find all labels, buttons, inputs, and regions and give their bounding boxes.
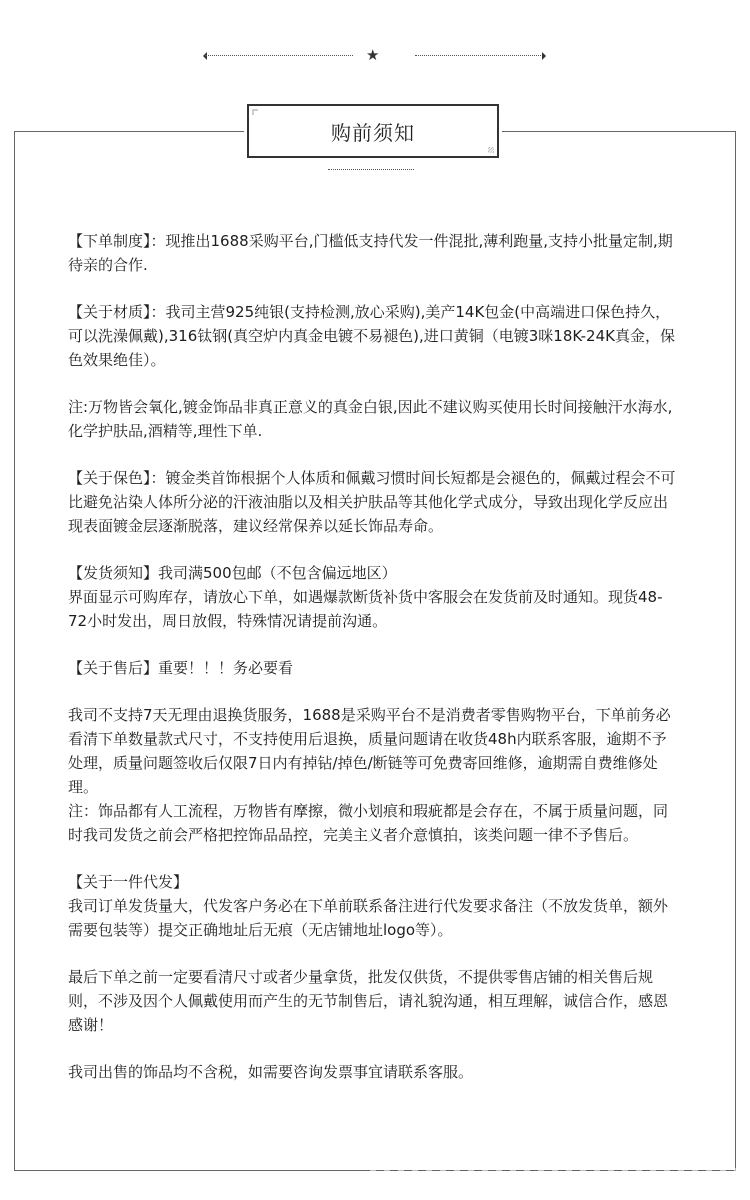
notice-content: 【下单制度】：现推出1688采购平台,门槛低支持代发一件混批,薄利跑量,支持小批… — [68, 229, 680, 1107]
title-underline — [328, 169, 414, 170]
section-text: 重要！！！务必要看 — [158, 659, 293, 677]
section-color-retention: 【关于保色】：镀金类首饰根据个人体质和佩戴习惯时间长短都是会褪色的，佩戴过程会不… — [68, 466, 680, 538]
ornament-line-right — [415, 55, 545, 56]
section-text: 我司出售的饰品均不含税，如需要咨询发票事宜请联系客服。 — [68, 1063, 473, 1081]
frame-bottom-fade — [370, 1168, 740, 1172]
section-closing: 最后下单之前一定要看清尺寸或者少量拿货，批发仅供货，不提供零售店铺的相关售后规则… — [68, 965, 680, 1037]
section-text: ：镀金类首饰根据个人体质和佩戴习惯时间长短都是会褪色的，佩戴过程会不可比避免沾染… — [68, 469, 676, 535]
section-material: 【关于材质】：我司主营925纯银(支持检测,放心采购),美产14K包金(中高端进… — [68, 300, 680, 372]
star-icon: ★ — [366, 45, 379, 65]
section-body: 我司订单发货量大，代发客户务必在下单前联系备注进行代发要求备注（不放发货单，额外… — [68, 897, 668, 939]
section-oxidation-note: 注:万物皆会氧化,镀金饰品非真正意义的真金白银,因此不建议购买使用长时间接触汗水… — [68, 395, 680, 443]
top-ornament: ★ — [203, 48, 546, 64]
section-text: ：我司主营925纯银(支持检测,放心采购),美产14K包金(中高端进口保色持久，… — [68, 303, 675, 369]
section-shipping: 【发货须知】我司满500包邮（不包含偏远地区）界面显示可购库存，请放心下单，如遇… — [68, 561, 680, 633]
section-heading: 【关于保色】 — [68, 469, 151, 487]
arrow-left-icon — [203, 52, 207, 60]
section-body: 界面显示可购库存，请放心下单，如遇爆款断货补货中客服会在发货前及时通知。现货48… — [68, 588, 663, 630]
section-heading: 【关于材质】 — [68, 303, 151, 321]
section-text: ：现推出1688采购平台,门槛低支持代发一件混批,薄利跑量,支持小批量定制,期待… — [68, 232, 673, 274]
section-heading: 【关于一件代发】 — [68, 873, 188, 891]
section-text: 注:万物皆会氧化,镀金饰品非真正意义的真金白银,因此不建议购买使用长时间接触汗水… — [68, 398, 672, 440]
corner-decoration-icon — [252, 109, 258, 115]
corner-decoration-icon — [488, 147, 494, 153]
section-dropship: 【关于一件代发】我司订单发货量大，代发客户务必在下单前联系备注进行代发要求备注（… — [68, 870, 680, 942]
section-text: 最后下单之前一定要看清尺寸或者少量拿货，批发仅供货，不提供零售店铺的相关售后规则… — [68, 968, 668, 1034]
section-after-sales: 【关于售后】重要！！！务必要看 — [68, 656, 680, 680]
section-text: 我司不支持7天无理由退换货服务，1688是采购平台不是消费者零售购物平台，下单前… — [68, 706, 671, 796]
section-after-sales-detail: 我司不支持7天无理由退换货服务，1688是采购平台不是消费者零售购物平台，下单前… — [68, 703, 680, 799]
section-heading: 【下单制度】 — [68, 232, 151, 250]
section-body: 注：饰品都有人工流程，万物皆有摩擦，微小划痕和瑕疵都是会存在，不属于质量问题，同… — [68, 802, 668, 844]
section-order-policy: 【下单制度】：现推出1688采购平台,门槛低支持代发一件混批,薄利跑量,支持小批… — [68, 229, 680, 277]
ornament-line-left — [205, 55, 353, 56]
section-text: 我司满500包邮（不包含偏远地区） — [158, 564, 397, 582]
section-tax: 我司出售的饰品均不含税，如需要咨询发票事宜请联系客服。 — [68, 1060, 680, 1084]
page-title: 购前须知 — [331, 117, 415, 146]
arrow-right-icon — [542, 52, 546, 60]
title-box: 购前须知 — [247, 104, 499, 158]
section-heading: 【发货须知】 — [68, 564, 158, 582]
section-heading: 【关于售后】 — [68, 659, 158, 677]
section-after-sales-note: 注：饰品都有人工流程，万物皆有摩擦，微小划痕和瑕疵都是会存在，不属于质量问题，同… — [68, 799, 680, 847]
